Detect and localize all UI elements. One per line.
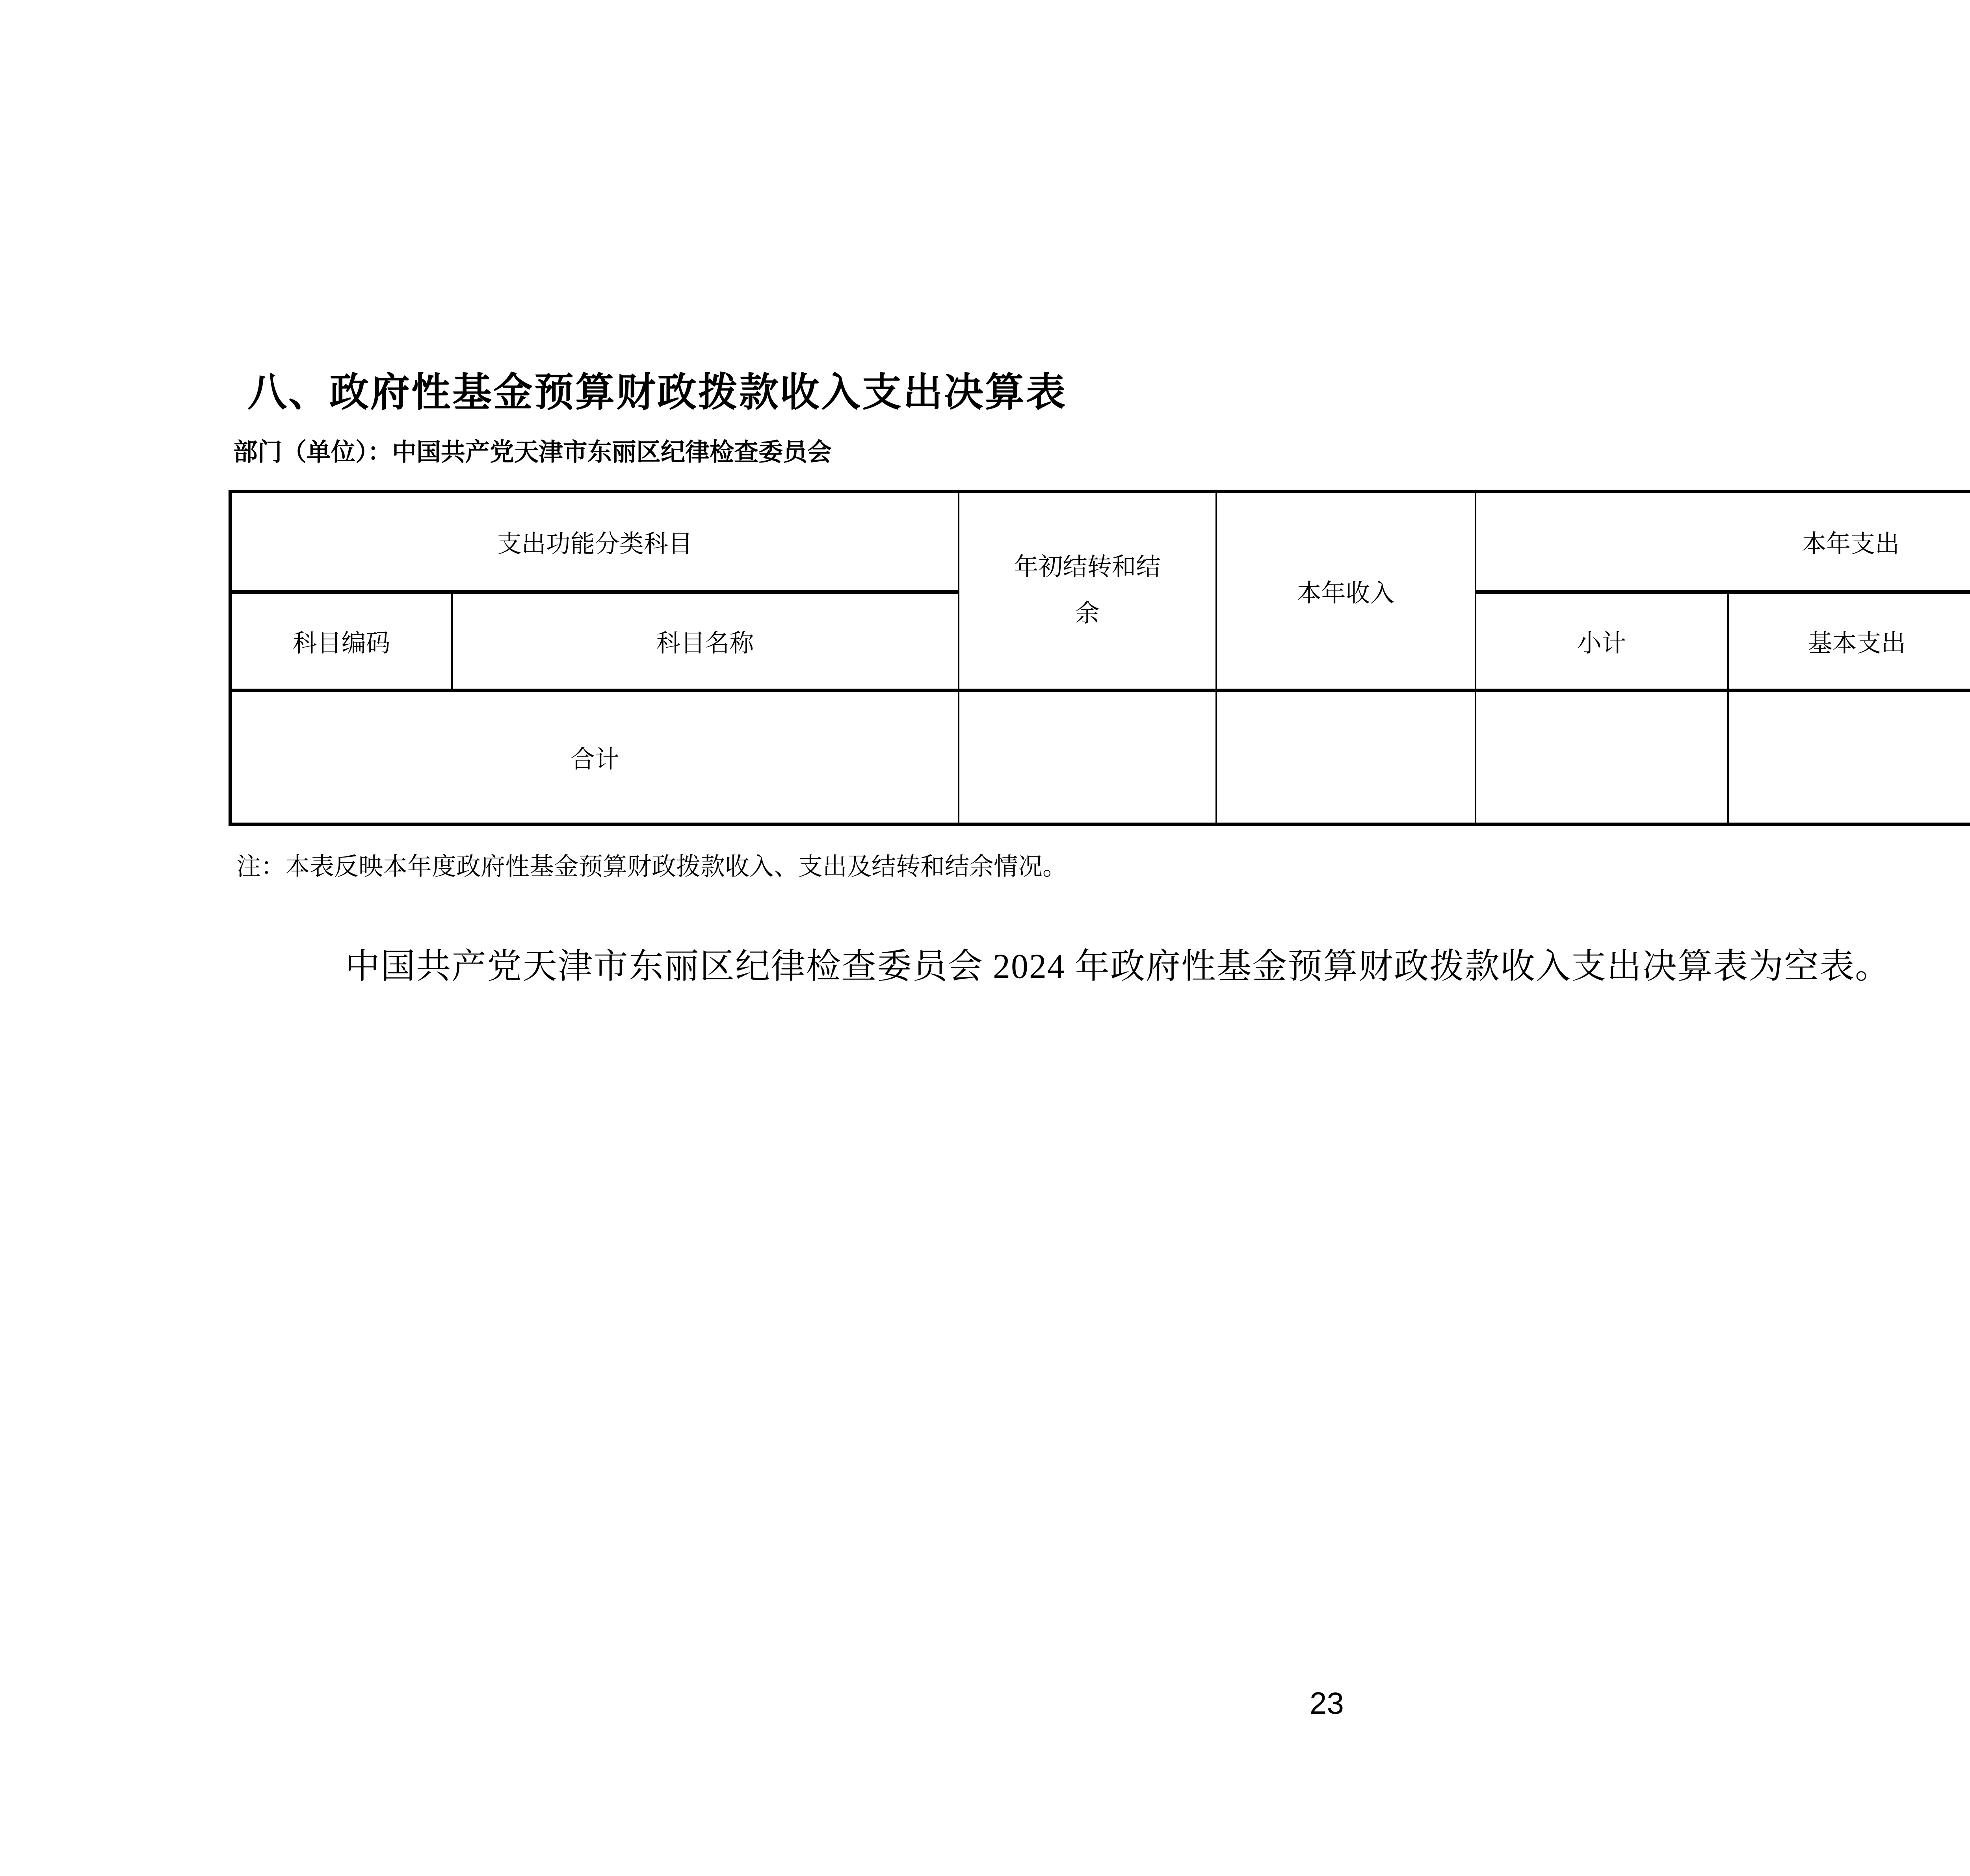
total-basic-expenditure-cell [1728, 691, 1970, 825]
page-title: 八、政府性基金预算财政拨款收入支出决算表 [247, 360, 1067, 417]
header-subtotal: 小计 [1476, 592, 1728, 691]
total-year-begin-carryover-cell [959, 691, 1216, 825]
header-year-begin-carryover: 年初结转和结 余 [959, 492, 1216, 691]
header-subject-code: 科目编码 [230, 592, 452, 691]
header-subject-name: 科目名称 [452, 592, 959, 691]
table-row-total: 合计 [230, 691, 1970, 825]
table-note: 注：本表反映本年度政府性基金预算财政拨款收入、支出及结转和结余情况。 [236, 847, 1067, 882]
total-current-year-income-cell [1216, 691, 1476, 825]
body-paragraph: 中国共产党天津市东丽区纪律检查委员会 2024 年政府性基金预算财政拨款收入支出… [229, 938, 1890, 988]
page-number: 23 [0, 1685, 1970, 1721]
total-label-cell: 合计 [230, 691, 959, 825]
total-subtotal-cell [1476, 691, 1728, 825]
header-basic-expenditure: 基本支出 [1728, 592, 1970, 691]
header-row-1: 支出功能分类科目 年初结转和结 余 本年收入 本年支出 年末结转和 结余 [230, 492, 1970, 592]
header-current-year-income: 本年收入 [1216, 492, 1476, 691]
header-current-year-expenditure-group: 本年支出 [1476, 492, 1970, 592]
document-page: 八、政府性基金预算财政拨款收入支出决算表 部门（单位）：中国共产党天津市东丽区纪… [0, 0, 1970, 1876]
department-label: 部门（单位）：中国共产党天津市东丽区纪律检查委员会 [233, 433, 832, 468]
header-expenditure-function-group: 支出功能分类科目 [230, 492, 959, 592]
fund-budget-table: 支出功能分类科目 年初结转和结 余 本年收入 本年支出 年末结转和 结余 科目编… [229, 490, 1970, 826]
table-meta-row: 部门（单位）：中国共产党天津市东丽区纪律检查委员会 单位：元 [233, 433, 1970, 468]
